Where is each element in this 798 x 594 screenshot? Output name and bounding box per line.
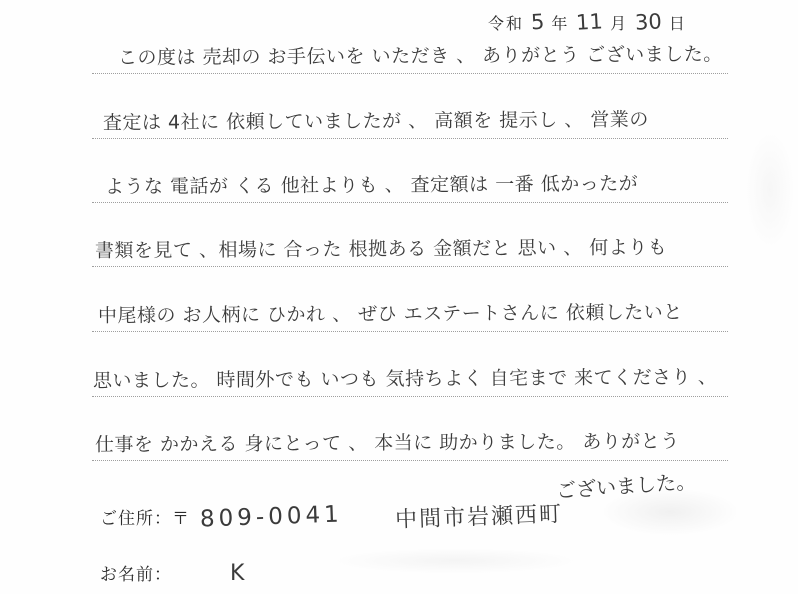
handwriting-text: ような 電話が くる 他社よりも 、 査定額は 一番 低かったが [105, 169, 638, 199]
address-row: ご住所：〒 809-0041 中間市岩瀬西町 [100, 500, 563, 531]
handwriting-text: 査定は 4社に 依頼していましたが 、 高額を 提示し 、 営業の [103, 105, 649, 135]
date-line: 令和 5 年 11 月 30 日 [488, 10, 687, 34]
body-line-6: 思いました。 時間外でも いつも 気持ちよく 自宅まで 来てくださり 、 [92, 360, 728, 397]
handwriting-text: 仕事を かかえる 身にとって 、 本当に 助かりました。 ありがとう [95, 426, 680, 457]
handwriting-text: 書類を見て 、相場に 合った 根拠ある 金額だと 思い 、 何よりも [95, 233, 667, 263]
scan-smudge [330, 548, 580, 574]
body-line-5: 中尾様の お人柄に ひかれ 、 ぜひ エステートさんに 依頼したいと [92, 295, 728, 332]
handwritten-letter-scan: 令和 5 年 11 月 30 日 この度は 売却の お手伝いを いただき 、 あ… [0, 0, 798, 594]
handwriting-text: 中尾様の お人柄に ひかれ 、 ぜひ エステートさんに 依頼したいと [98, 297, 683, 328]
date-year-handwritten: 5 [530, 10, 545, 35]
body-line-7: 仕事を かかえる 身にとって 、 本当に 助かりました。 ありがとう [92, 424, 728, 461]
handwriting-text: この度は 売却の お手伝いを いただき 、 ありがとう ございました。 [118, 39, 723, 70]
body-line-4: 書類を見て 、相場に 合った 根拠ある 金額だと 思い 、 何よりも [92, 230, 728, 267]
postal-code-handwritten: 809-0041 [200, 502, 344, 533]
scan-smudge [745, 130, 795, 250]
date-month-handwritten: 11 [576, 9, 604, 34]
address-label: ご住所：〒 [100, 504, 190, 529]
address-handwritten: 中間市岩瀬西町 [394, 497, 563, 534]
date-month-unit: 月 [610, 11, 628, 34]
name-label: お名前： [100, 560, 172, 585]
date-day-handwritten: 30 [635, 9, 663, 34]
date-day-unit: 日 [669, 11, 687, 34]
name-handwritten: K [230, 561, 246, 586]
date-year-unit: 年 [551, 11, 569, 34]
body-line-1: この度は 売却の お手伝いを いただき 、 ありがとう ございました。 [92, 37, 728, 74]
name-row: お名前： K [100, 560, 246, 586]
date-era-label: 令和 [488, 11, 524, 34]
body-line-2: 査定は 4社に 依頼していましたが 、 高額を 提示し 、 営業の [92, 102, 728, 139]
body-line-3: ような 電話が くる 他社よりも 、 査定額は 一番 低かったが [92, 166, 728, 203]
closing-handwritten: ございました。 [555, 465, 697, 504]
handwriting-text: 思いました。 時間外でも いつも 気持ちよく 自宅まで 来てくださり 、 [93, 362, 717, 393]
